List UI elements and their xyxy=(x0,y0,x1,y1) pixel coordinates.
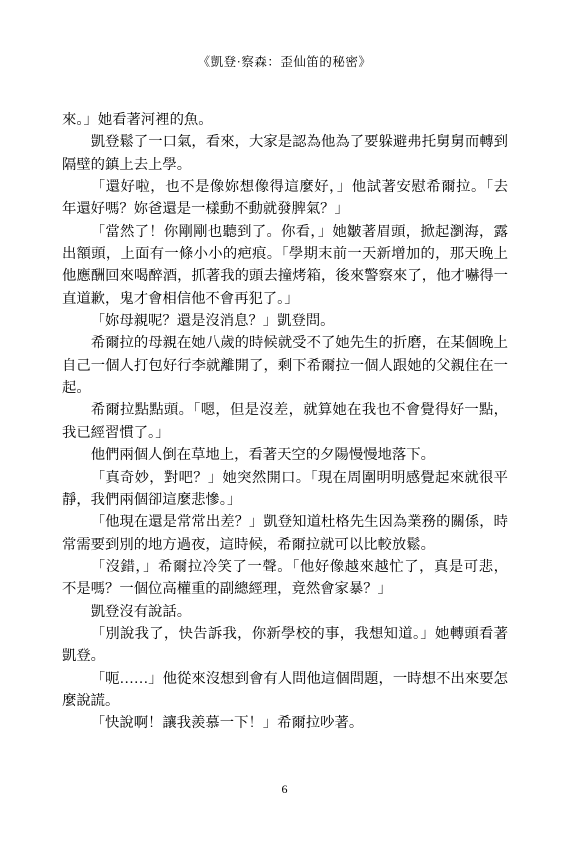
text-line: 凱登鬆了一口氣，看來，大家是認為他為了要躲避弗托舅舅而轉到 xyxy=(62,131,508,153)
text-line: 「他現在還是常常出差？」凱登知道杜格先生因為業務的關係，時 xyxy=(62,511,508,533)
text-line: 麼說謊。 xyxy=(62,690,508,712)
text-line: 「還好啦，也不是像妳想像得這麼好，」他試著安慰希爾拉。「去 xyxy=(62,176,508,198)
text-line: 自己一個人打包好行李就離開了，剩下希爾拉一個人跟她的父親住在一 xyxy=(62,355,508,377)
body-text: 來。」她看著河裡的魚。凱登鬆了一口氣，看來，大家是認為他為了要躲避弗托舅舅而轉到… xyxy=(62,109,508,735)
text-line: 「快說啊！讓我羨慕一下！」希爾拉吵著。 xyxy=(62,712,508,734)
text-line: 來。」她看著河裡的魚。 xyxy=(62,109,508,131)
text-line: 「沒錯，」希爾拉冷笑了一聲。「他好像越來越忙了，真是可悲， xyxy=(62,556,508,578)
text-line: 凱登沒有說話。 xyxy=(62,601,508,623)
text-line: 「別說我了，快告訴我，你新學校的事，我想知道。」她轉頭看著 xyxy=(62,623,508,645)
text-line: 直道歉，鬼才會相信他不會再犯了。」 xyxy=(62,288,508,310)
book-title: 《凱登·察森：歪仙笛的秘密》 xyxy=(0,55,569,70)
text-line: 年還好嗎？妳爸還是一樣動不動就發脾氣？」 xyxy=(62,198,508,220)
text-line: 凱登。 xyxy=(62,645,508,667)
text-line: 起。 xyxy=(62,377,508,399)
text-line: 出額頭，上面有一條小小的疤痕。「學期末前一天新增加的，那天晚上 xyxy=(62,243,508,265)
text-line: 「呃……」他從來沒想到會有人問他這個問題，一時想不出來要怎 xyxy=(62,668,508,690)
text-line: 常需要到別的地方過夜，這時候，希爾拉就可以比較放鬆。 xyxy=(62,534,508,556)
text-line: 靜，我們兩個卻這麼悲慘。」 xyxy=(62,489,508,511)
text-line: 「真奇妙，對吧？」她突然開口。「現在周圍明明感覺起來就很平 xyxy=(62,467,508,489)
text-line: 他們兩個人倒在草地上，看著天空的夕陽慢慢地落下。 xyxy=(62,444,508,466)
text-line: 「當然了！你剛剛也聽到了。你看，」她皺著眉頭，掀起瀏海，露 xyxy=(62,221,508,243)
document-page: 《凱登·察森：歪仙笛的秘密》 來。」她看著河裡的魚。凱登鬆了一口氣，看來，大家是… xyxy=(0,0,569,852)
text-line: 不是嗎？一個位高權重的副總經理，竟然會家暴？」 xyxy=(62,578,508,600)
text-line: 希爾拉點點頭。「嗯，但是沒差，就算她在我也不會覺得好一點， xyxy=(62,399,508,421)
text-line: 「妳母親呢？還是沒消息？」凱登問。 xyxy=(62,310,508,332)
page-number: 6 xyxy=(0,782,569,796)
text-line: 我已經習慣了。」 xyxy=(62,422,508,444)
text-line: 隔壁的鎮上去上學。 xyxy=(62,154,508,176)
text-line: 希爾拉的母親在她八歲的時候就受不了她先生的折磨，在某個晚上 xyxy=(62,332,508,354)
text-line: 他應酬回來喝醉酒，抓著我的頭去撞烤箱，後來警察來了，他才嚇得一 xyxy=(62,265,508,287)
